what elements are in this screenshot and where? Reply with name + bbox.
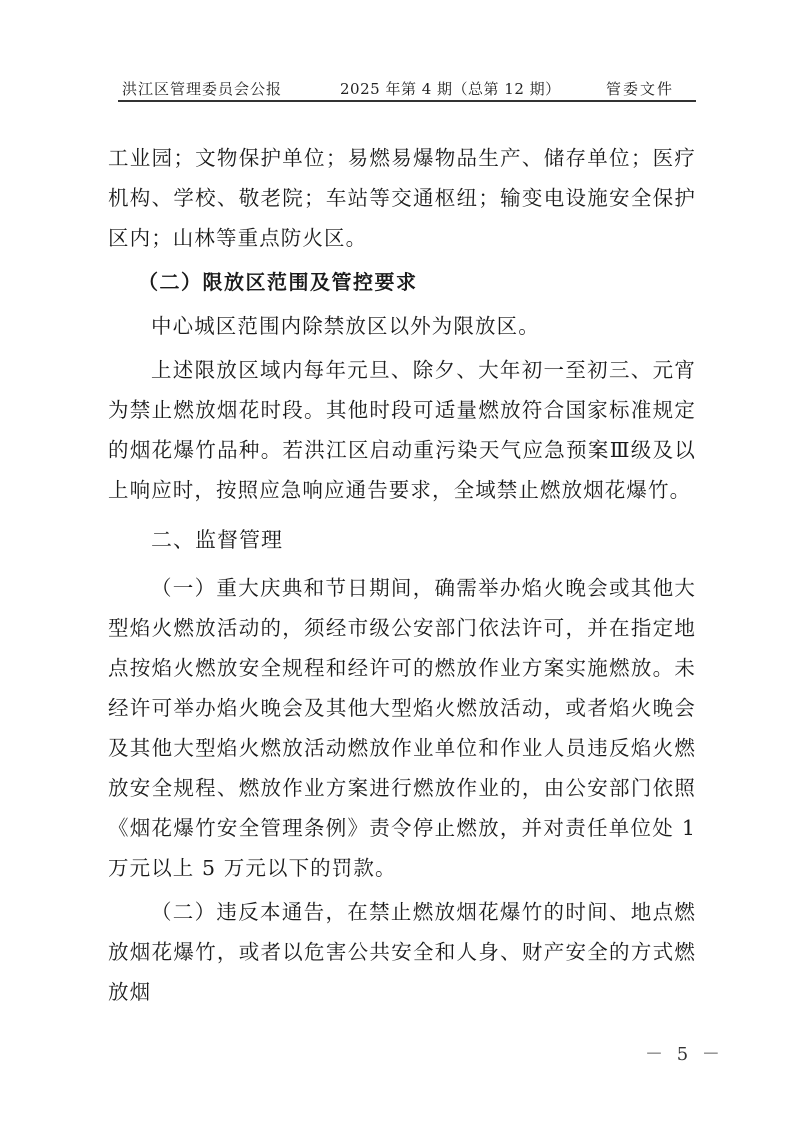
paragraph-supervision-1: （一）重大庆典和节日期间，确需举办焰火晚会或其他大型焰火燃放活动的，须经市级公安… xyxy=(108,568,696,888)
paragraph-supervision-2: （二）违反本通告，在禁止燃放烟花爆竹的时间、地点燃放烟花爆竹，或者以危害公共安全… xyxy=(108,892,696,1012)
document-category: 管委文件 xyxy=(606,78,674,100)
page-header: 洪江区管理委员会公报 2025 年第 4 期（总第 12 期） 管委文件 xyxy=(118,78,696,102)
page-number: － 5 － xyxy=(645,1040,724,1066)
issue-number: 2025 年第 4 期（总第 12 期） xyxy=(340,78,561,100)
section-heading-supervision: 二、监督管理 xyxy=(108,520,696,560)
bulletin-title: 洪江区管理委员会公报 xyxy=(122,78,282,100)
subheading-restricted-zone: （二）限放区范围及管控要求 xyxy=(108,262,696,302)
paragraph-restricted-zone-scope: 中心城区范围内除禁放区以外为限放区。 xyxy=(108,306,696,346)
paragraph-restricted-times: 上述限放区域内每年元旦、除夕、大年初一至初三、元宵为禁止燃放烟花时段。其他时段可… xyxy=(108,350,696,510)
paragraph-continued-list: 工业园；文物保护单位；易燃易爆物品生产、储存单位；医疗机构、学校、敬老院；车站等… xyxy=(108,138,696,258)
document-body: 工业园；文物保护单位；易燃易爆物品生产、储存单位；医疗机构、学校、敬老院；车站等… xyxy=(108,138,696,1016)
